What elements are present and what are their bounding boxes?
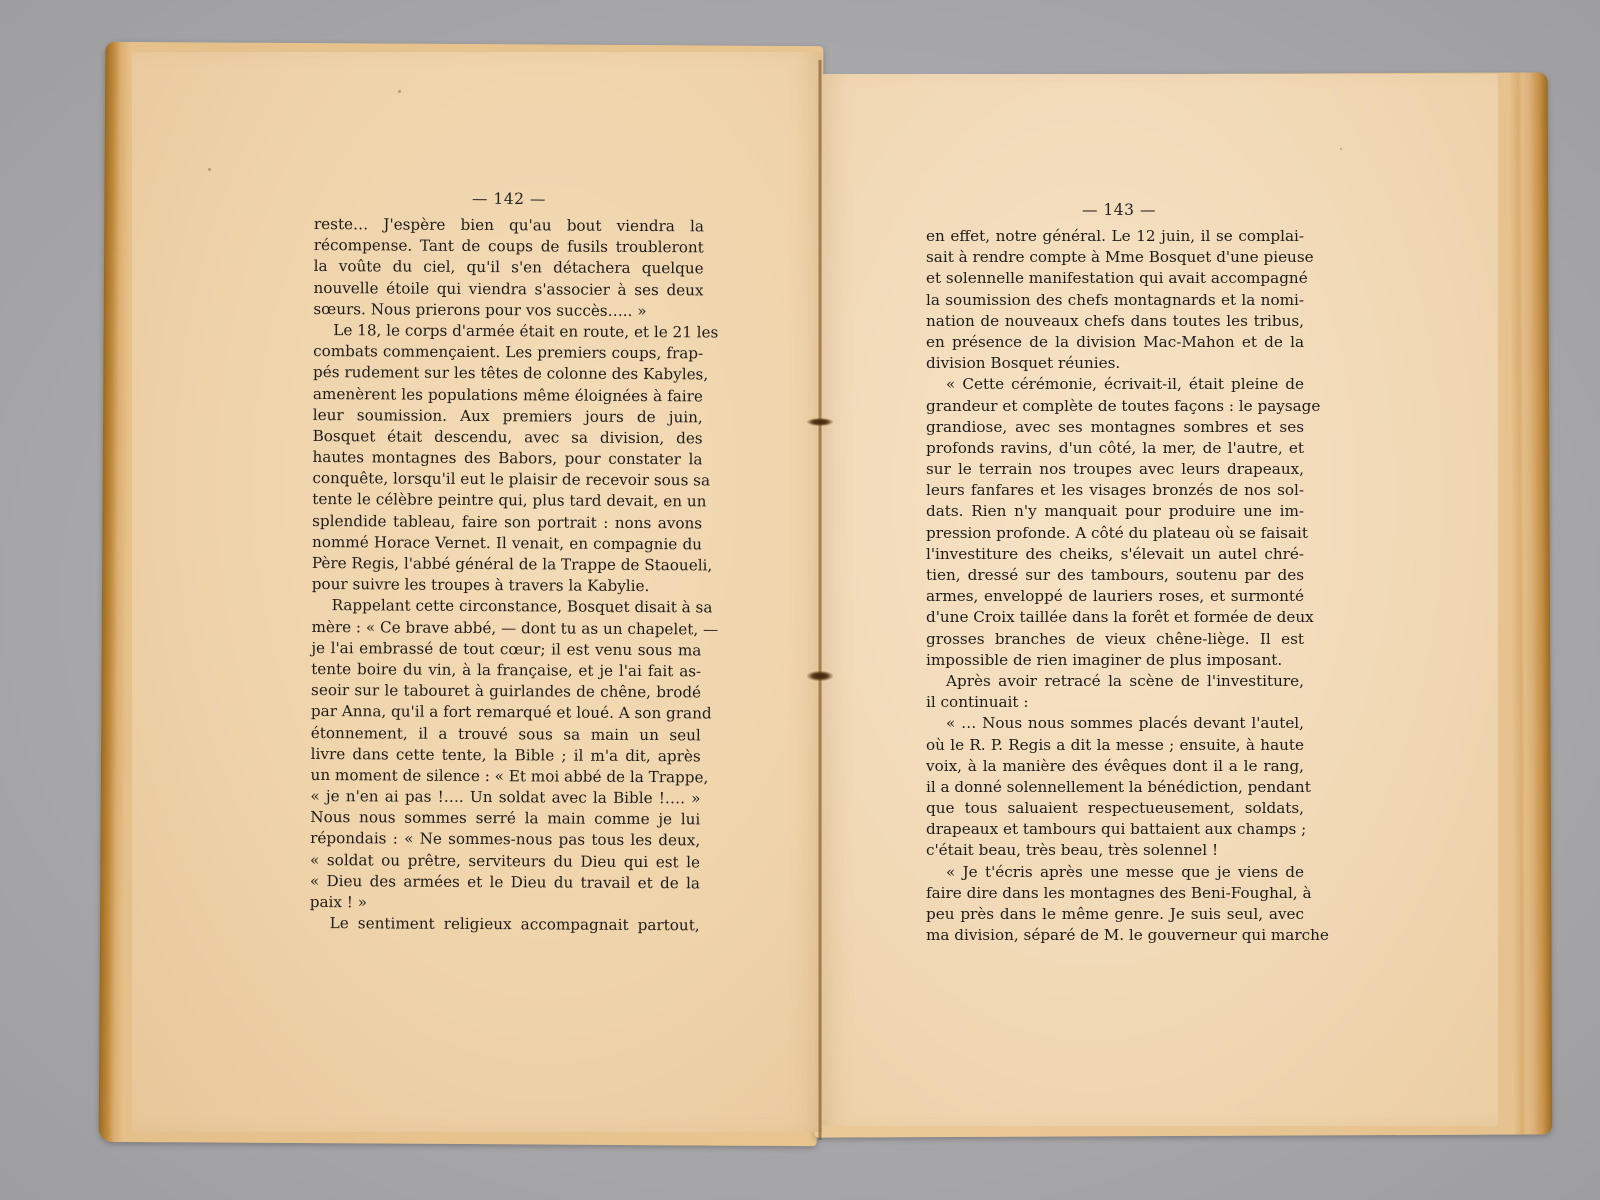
text-line: division Bosquet réunies. xyxy=(926,353,1304,374)
text-line: grandiose, avec ses montagnes sombres et… xyxy=(926,417,1304,438)
text-line: conquête, lorsqu'il eut le plaisir de re… xyxy=(312,468,702,492)
text-line: livre dans cette tente, la Bible ; il m'… xyxy=(311,744,701,768)
paper-speck xyxy=(398,90,401,93)
text-line: nommé Horace Vernet. Il venait, en compa… xyxy=(312,532,702,556)
text-line: nation de nouveaux chefs dans toutes les… xyxy=(926,311,1304,332)
text-line: nouvelle étoile qui viendra s'associer à… xyxy=(313,278,703,302)
text-line: dats. Rien n'y manquait pour produire un… xyxy=(926,501,1304,522)
text-line: l'investiture des cheiks, s'élevait un a… xyxy=(926,544,1304,565)
binding-stitch-icon xyxy=(807,418,833,426)
text-line: Rappelant cette circonstance, Bosquet di… xyxy=(312,595,702,619)
left-page-body-text: reste… J'espère bien qu'au bout viendra … xyxy=(310,214,704,937)
text-line: « Cette cérémonie, écrivait-il, était pl… xyxy=(926,374,1304,395)
text-line: paix ! » xyxy=(310,892,700,916)
text-line: étonnement, il a trouvé sous sa main un … xyxy=(311,722,701,746)
text-line: pés rudement sur les têtes de colonne de… xyxy=(313,362,703,386)
text-line: Après avoir retracé la scène de l'invest… xyxy=(926,671,1304,692)
text-line: Le 18, le corps d'armée était en route, … xyxy=(313,320,703,344)
page-number-left: — 142 — xyxy=(472,190,546,208)
text-line: « … Nous nous sommes placés devant l'aut… xyxy=(926,713,1304,734)
text-line: faire dire dans les montagnes des Beni-F… xyxy=(926,883,1304,904)
text-line: combats commençaient. Les premiers coups… xyxy=(313,341,703,365)
text-line: Nous nous sommes serré la main comme je … xyxy=(310,807,700,831)
text-line: amenèrent les populations même éloignées… xyxy=(313,383,703,407)
open-book: — 142 — — 143 — reste… J'espère bien qu'… xyxy=(0,0,1600,1200)
binding-stitch-icon xyxy=(807,671,833,681)
text-line: tente le célèbre peintre qui, plus tard … xyxy=(312,489,702,513)
text-line: « soldat ou prêtre, serviteurs du Dieu q… xyxy=(310,850,700,874)
text-line: je l'ai embrassé de tout cœur; il est ve… xyxy=(311,638,701,662)
text-line: sait à rendre compte à Mme Bosquet d'une… xyxy=(926,247,1304,268)
text-line: grandeur et complète de toutes façons : … xyxy=(926,396,1304,417)
text-line: en effet, notre général. Le 12 juin, il … xyxy=(926,226,1304,247)
text-line: Le sentiment religieux accompagnait part… xyxy=(310,913,700,937)
text-line: Père Regis, l'abbé général de la Trappe … xyxy=(312,553,702,577)
text-line: peu près dans le même genre. Je suis seu… xyxy=(926,904,1304,925)
text-line: splendide tableau, faire son portrait : … xyxy=(312,511,702,535)
page-number-right: — 143 — xyxy=(1082,201,1156,219)
text-line: Bosquet était descendu, avec sa division… xyxy=(313,426,703,450)
text-line: la voûte du ciel, qu'il s'en détachera q… xyxy=(314,256,704,280)
text-line: et solennelle manifestation qui avait ac… xyxy=(926,268,1304,289)
text-line: c'était beau, très beau, très solennel ! xyxy=(926,840,1304,861)
text-line: reste… J'espère bien qu'au bout viendra … xyxy=(314,214,704,238)
text-line: il a donné solennellement la bénédiction… xyxy=(926,777,1304,798)
text-line: voix, à la manière des évêques dont il a… xyxy=(926,756,1304,777)
text-line: grosses branches de vieux chêne-liège. I… xyxy=(926,629,1304,650)
book-gutter xyxy=(818,60,822,1140)
text-line: tien, dressé sur des tambours, soutenu p… xyxy=(926,565,1304,586)
text-line: profonds ravins, d'un côté, la mer, de l… xyxy=(926,438,1304,459)
text-line: leurs fanfares et les visages bronzés de… xyxy=(926,480,1304,501)
text-line: hautes montagnes des Babors, pour consta… xyxy=(312,447,702,471)
text-line: impossible de rien imaginer de plus impo… xyxy=(926,650,1304,671)
text-line: il continuait : xyxy=(926,692,1304,713)
text-line: tente boire du vin, à la française, et j… xyxy=(311,659,701,683)
text-line: répondais : « Ne sommes-nous pas tous le… xyxy=(310,828,700,852)
text-line: leur soumission. Aux premiers jours de j… xyxy=(313,405,703,429)
text-line: sur le terrain nos troupes avec leurs dr… xyxy=(926,459,1304,480)
text-line: un moment de silence : « Et moi abbé de … xyxy=(311,765,701,789)
text-line: en présence de la division Mac-Mahon et … xyxy=(926,332,1304,353)
text-line: seoir sur le tabouret à guirlandes de ch… xyxy=(311,680,701,704)
text-line: « Je t'écris après une messe que je vien… xyxy=(926,862,1304,883)
text-line: que tous saluaient respectueusement, sol… xyxy=(926,798,1304,819)
text-line: pour suivre les troupes à travers la Kab… xyxy=(312,574,702,598)
paper-speck xyxy=(208,168,211,171)
text-line: armes, enveloppé de lauriers roses, et s… xyxy=(926,586,1304,607)
text-line: par Anna, qu'il a fort remarqué et loué.… xyxy=(311,701,701,725)
text-line: drapeaux et tambours qui battaient aux c… xyxy=(926,819,1304,840)
right-page-body-text: en effet, notre général. Le 12 juin, il … xyxy=(926,226,1304,946)
text-line: ma division, séparé de M. le gouverneur … xyxy=(926,925,1304,946)
text-line: mère : « Ce brave abbé, — dont tu as un … xyxy=(311,617,701,641)
text-line: « je n'en ai pas !…. Un soldat avec la B… xyxy=(310,786,700,810)
text-line: où le R. P. Regis a dit la messe ; ensui… xyxy=(926,735,1304,756)
text-line: « Dieu des armées et le Dieu du travail … xyxy=(310,871,700,895)
text-line: sœurs. Nous prierons pour vos succès….. … xyxy=(313,299,703,323)
text-line: d'une Croix taillée dans la forêt et for… xyxy=(926,607,1304,628)
paper-speck xyxy=(1340,148,1342,150)
text-line: la soumission des chefs montagnards et l… xyxy=(926,290,1304,311)
text-line: récompense. Tant de coups de fusils trou… xyxy=(314,235,704,259)
text-line: pression profonde. A côté du plateau où … xyxy=(926,523,1304,544)
